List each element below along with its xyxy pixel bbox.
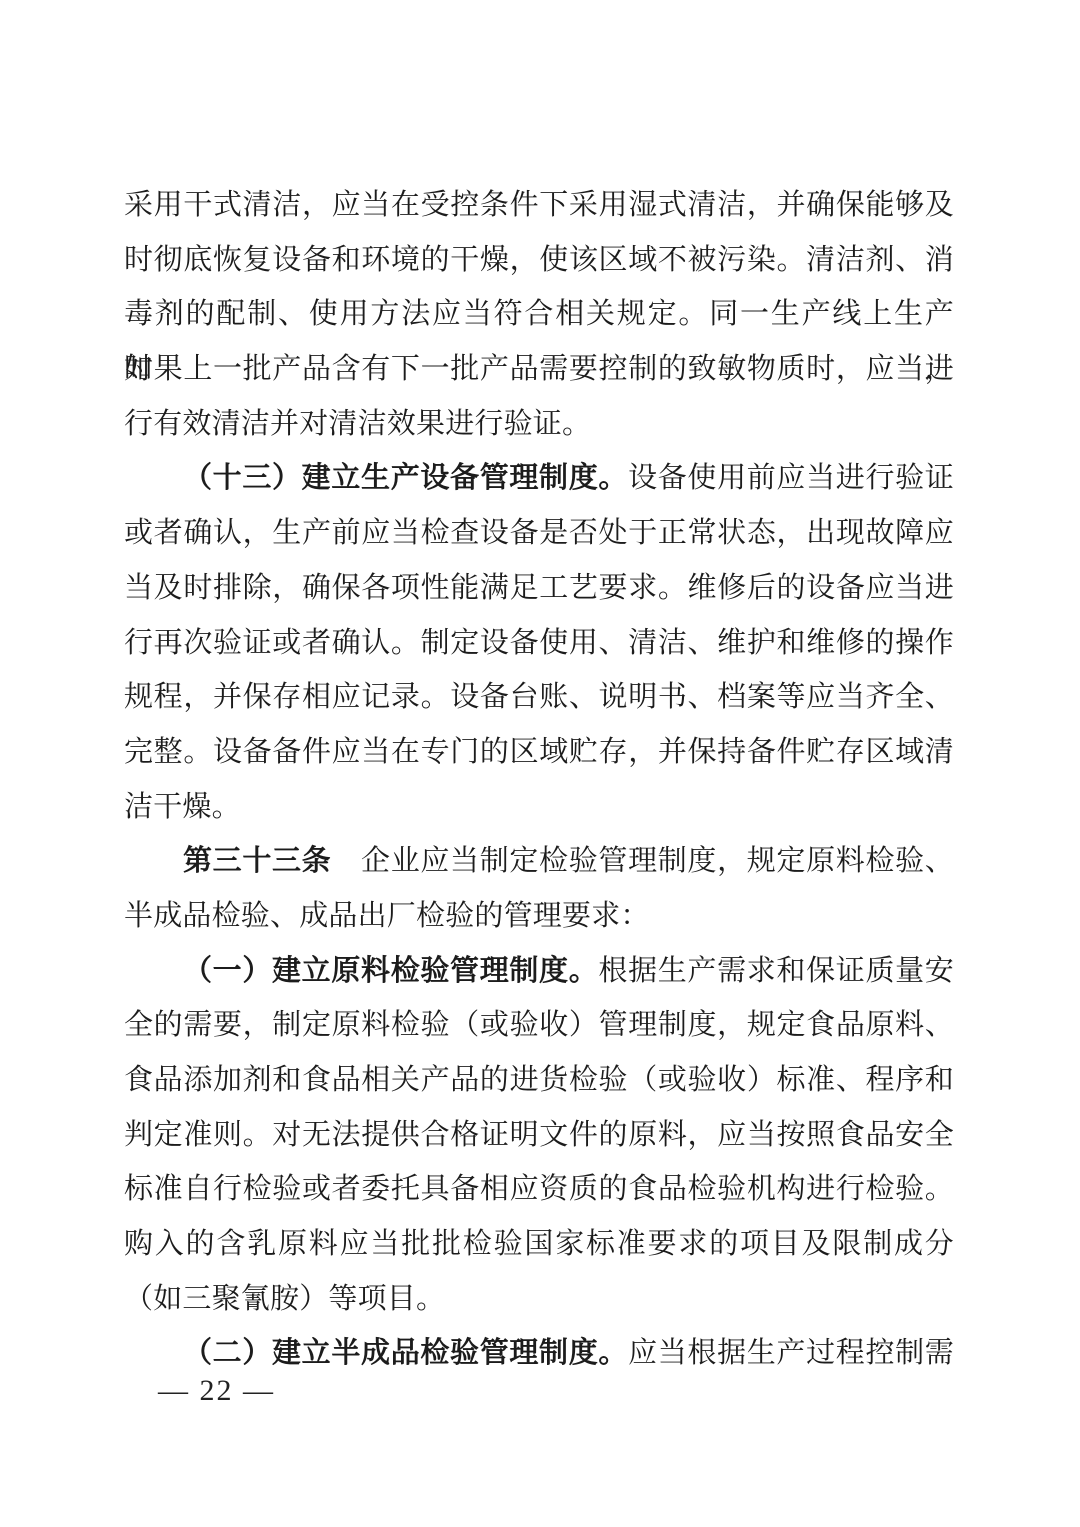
body-text: 如果上一批产品含有下一批产品需要控制的致敏物质时，应当进 [124,353,954,385]
text-line: 时彻底恢复设备和环境的干燥，使该区域不被污染。清洁剂、消 [124,233,954,288]
emphasis-text: （一）建立原料检验管理制度。 [183,955,598,987]
page-footer: — 22 — [158,1374,275,1408]
text-line: 规程，并保存相应记录。设备台账、说明书、档案等应当齐全、 [124,670,954,725]
para-item-1-raw-material-inspection: （一）建立原料检验管理制度。根据生产需求和保证质量安全的需要，制定原料检验（或验… [124,944,954,1327]
body-text: 设备使用前应当进行验证 [628,462,954,494]
body-text: 食品添加剂和食品相关产品的进货检验（或验收）标准、程序和 [124,1064,954,1096]
text-line: 完整。设备备件应当在专门的区域贮存，并保持备件贮存区域清 [124,725,954,780]
text-line: 如果上一批产品含有下一批产品需要控制的致敏物质时，应当进 [124,342,954,397]
body-text: 洁干燥。 [124,791,241,823]
text-line: 毒剂的配制、使用方法应当符合相关规定。同一生产线上生产时， [124,287,954,342]
body-text: （如三聚氰胺）等项目。 [124,1283,445,1315]
body-text: 应当根据生产过程控制需 [628,1337,954,1369]
text-line: （如三聚氰胺）等项目。 [124,1272,954,1327]
body-text: 根据生产需求和保证质量安 [598,955,954,987]
text-line: 洁干燥。 [124,780,954,835]
emphasis-text: 第三十三条 [183,845,331,877]
body-text: 时彻底恢复设备和环境的干燥，使该区域不被污染。清洁剂、消 [124,244,954,276]
body-text: 判定准则。对无法提供合格证明文件的原料，应当按照食品安全 [124,1119,954,1151]
body-text: 或者确认，生产前应当检查设备是否处于正常状态，出现故障应 [124,517,954,549]
text-line: （十三）建立生产设备管理制度。设备使用前应当进行验证 [124,451,954,506]
para-cleaning-requirements-continued: 采用干式清洁，应当在受控条件下采用湿式清洁，并确保能够及时彻底恢复设备和环境的干… [124,178,954,451]
text-line: 全的需要，制定原料检验（或验收）管理制度，规定食品原料、 [124,998,954,1053]
text-line: 标准自行检验或者委托具备相应资质的食品检验机构进行检验。 [124,1162,954,1217]
body-text: 完整。设备备件应当在专门的区域贮存，并保持备件贮存区域清 [124,736,954,768]
text-line: 购入的含乳原料应当批批检验国家标准要求的项目及限制成分 [124,1217,954,1272]
text-line: 行有效清洁并对清洁效果进行验证。 [124,397,954,452]
text-line: 当及时排除，确保各项性能满足工艺要求。维修后的设备应当进 [124,561,954,616]
emphasis-text: （十三）建立生产设备管理制度。 [183,462,628,494]
text-line: 采用干式清洁，应当在受控条件下采用湿式清洁，并确保能够及 [124,178,954,233]
body-text: 行再次验证或者确认。制定设备使用、清洁、维护和维修的操作 [124,627,954,659]
body-text: 采用干式清洁，应当在受控条件下采用湿式清洁，并确保能够及 [124,189,954,221]
para-article-33-inspection-management: 第三十三条 企业应当制定检验管理制度，规定原料检验、半成品检验、成品出厂检验的管… [124,834,954,943]
body-text: 企业应当制定检验管理制度，规定原料检验、 [331,845,954,877]
body-text: 规程，并保存相应记录。设备台账、说明书、档案等应当齐全、 [124,681,954,713]
page-number: — 22 — [158,1374,275,1407]
document-body: 采用干式清洁，应当在受控条件下采用湿式清洁，并确保能够及时彻底恢复设备和环境的干… [124,178,954,1381]
text-line: 半成品检验、成品出厂检验的管理要求： [124,889,954,944]
text-line: 判定准则。对无法提供合格证明文件的原料，应当按照食品安全 [124,1108,954,1163]
body-text: 标准自行检验或者委托具备相应资质的食品检验机构进行检验。 [124,1173,954,1205]
text-line: （二）建立半成品检验管理制度。应当根据生产过程控制需 [124,1326,954,1381]
body-text: 半成品检验、成品出厂检验的管理要求： [124,900,650,932]
text-line: 行再次验证或者确认。制定设备使用、清洁、维护和维修的操作 [124,616,954,671]
text-line: 第三十三条 企业应当制定检验管理制度，规定原料检验、 [124,834,954,889]
para-item-2-semi-finished-inspection: （二）建立半成品检验管理制度。应当根据生产过程控制需 [124,1326,954,1381]
body-text: 购入的含乳原料应当批批检验国家标准要求的项目及限制成分 [124,1228,954,1260]
text-line: （一）建立原料检验管理制度。根据生产需求和保证质量安 [124,944,954,999]
text-line: 或者确认，生产前应当检查设备是否处于正常状态，出现故障应 [124,506,954,561]
document-page: { "document": { "type": "official-docume… [0,0,1080,1527]
text-line: 食品添加剂和食品相关产品的进货检验（或验收）标准、程序和 [124,1053,954,1108]
para-item-13-equipment-management: （十三）建立生产设备管理制度。设备使用前应当进行验证或者确认，生产前应当检查设备… [124,451,954,834]
body-text: 行有效清洁并对清洁效果进行验证。 [124,408,591,440]
body-text: 当及时排除，确保各项性能满足工艺要求。维修后的设备应当进 [124,572,954,604]
emphasis-text: （二）建立半成品检验管理制度。 [183,1337,628,1369]
body-text: 全的需要，制定原料检验（或验收）管理制度，规定食品原料、 [124,1009,954,1041]
